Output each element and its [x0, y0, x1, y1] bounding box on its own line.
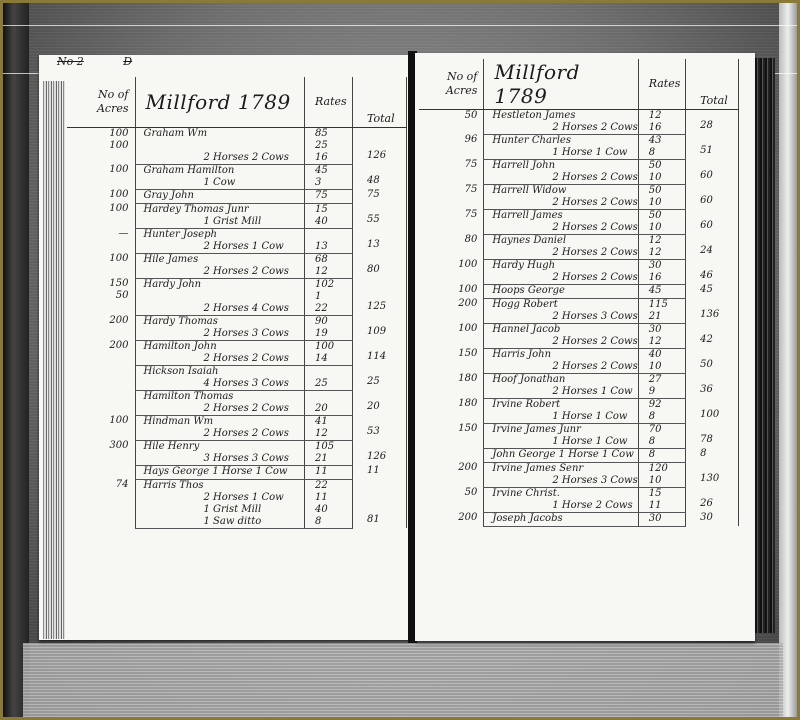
- cell-name: Harris John2 Horses 2 Cows: [484, 348, 638, 373]
- rate-value: 8: [649, 147, 685, 159]
- acres-value: [419, 196, 477, 208]
- cell-total: 80: [353, 253, 407, 278]
- cell-rates: 8: [638, 448, 685, 462]
- cell-rates: 11521: [638, 298, 685, 323]
- cell-name: Hile Henry3 Horses 3 Cows: [135, 440, 305, 465]
- cell-total: 126: [353, 440, 407, 465]
- rate-value: 12: [649, 247, 685, 259]
- taxpayer-name: Harrell John: [492, 160, 637, 172]
- acres-value: [67, 215, 129, 227]
- cell-total: 100: [686, 398, 739, 423]
- cell-total: 46: [686, 259, 739, 284]
- cell-total: 60: [686, 159, 739, 184]
- pre-header-mark: D: [123, 55, 132, 68]
- scan-edge-left: [3, 3, 29, 720]
- rate-value: 22: [315, 480, 352, 492]
- table-row: 150Irvine James Junr1 Horse 1 Cow70878: [419, 423, 739, 448]
- taxpayer-name: Harris Thos: [144, 480, 305, 492]
- table-row: 200Hamilton John2 Horses 2 Cows10014114: [67, 340, 407, 365]
- cell-total: 78: [686, 423, 739, 448]
- cell-rates: 9019: [305, 315, 353, 340]
- property-item: 2 Horses 3 Cows: [492, 475, 637, 487]
- total-value: 60: [700, 195, 713, 206]
- cell-name: Hardey Thomas Junr1 Grist Mill: [135, 203, 305, 228]
- acres-value: [419, 360, 477, 372]
- property-item: 2 Horses 2 Cows: [144, 428, 305, 440]
- cell-name: Gray John: [135, 189, 305, 203]
- property-item: 2 Horses 2 Cows: [492, 197, 637, 209]
- page-pre-header: No 2 D: [57, 55, 168, 68]
- total-value: 130: [700, 473, 719, 484]
- cell-acres: 75: [419, 209, 484, 234]
- acres-value: 100: [67, 415, 129, 427]
- rate-value: 45: [315, 165, 352, 177]
- table-row: 200Joseph Jacobs3030: [419, 512, 739, 526]
- taxpayer-name: Hardy John: [144, 279, 305, 291]
- acres-value: [419, 335, 477, 347]
- cell-acres: [67, 465, 135, 479]
- cell-total: 60: [686, 184, 739, 209]
- acres-value: [67, 377, 129, 389]
- total-value: 109: [367, 326, 386, 337]
- cell-name: Hunter Joseph2 Horses 1 Cow: [135, 228, 305, 253]
- rate-value: 9: [649, 386, 685, 398]
- table-row: 200Hogg Robert2 Horses 3 Cows11521136: [419, 298, 739, 323]
- cell-acres: 100: [67, 189, 135, 203]
- rate-value: 8: [649, 436, 685, 448]
- rate-value: 22: [315, 303, 352, 315]
- header-rates: Rates: [305, 77, 353, 127]
- acres-value: [67, 390, 129, 402]
- cell-rates: 3016: [638, 259, 685, 284]
- taxpayer-name: Hamilton John: [144, 341, 305, 353]
- rate-value: 14: [315, 353, 352, 365]
- table-row: 200Irvine James Senr2 Horses 3 Cows12010…: [419, 462, 739, 487]
- taxpayer-name: Graham Hamilton: [144, 165, 305, 177]
- rate-value: 27: [649, 374, 685, 386]
- page-stack-left: [43, 81, 65, 639]
- cell-acres: 100: [419, 259, 484, 284]
- property-item: 2 Horses 1 Cow: [492, 386, 637, 398]
- cell-total: 45: [686, 284, 739, 298]
- rate-value: 25: [315, 378, 352, 390]
- taxpayer-name: Irvine James Junr: [492, 424, 637, 436]
- tax-list-table-right: No of Acres Millford 1789 Rates Total 50…: [419, 59, 739, 527]
- taxpayer-name: Graham Wm: [144, 128, 305, 140]
- taxpayer-name: Hardy Thomas: [144, 316, 305, 328]
- header-acres: No of Acres: [67, 77, 135, 127]
- cell-name: Graham Wm2 Horses 2 Cows: [135, 127, 305, 164]
- cell-acres: 300: [67, 440, 135, 465]
- cell-rates: 4112: [305, 415, 353, 440]
- cell-acres: 96: [419, 134, 484, 159]
- cell-name: Hardy John2 Horses 4 Cows: [135, 278, 305, 315]
- total-value: 30: [700, 512, 713, 523]
- cell-total: 109: [353, 315, 407, 340]
- cell-name: Hestleton James2 Horses 2 Cows: [484, 109, 638, 134]
- acres-value: 96: [419, 134, 477, 146]
- acres-value: 75: [419, 184, 477, 196]
- acres-value: [419, 146, 477, 158]
- table-row: 50Irvine Christ.1 Horse 2 Cows151126: [419, 487, 739, 512]
- property-item: 2 Horses 2 Cows: [492, 172, 637, 184]
- acres-value: 180: [419, 373, 477, 385]
- rate-value: 10: [649, 361, 685, 373]
- rate-value: 92: [649, 399, 685, 411]
- cell-name: Irvine Christ.1 Horse 2 Cows: [484, 487, 638, 512]
- table-row: 100Hardy Hugh2 Horses 2 Cows301646: [419, 259, 739, 284]
- table-row: 75Harrell Widow2 Horses 2 Cows501060: [419, 184, 739, 209]
- acres-value: 80: [419, 234, 477, 246]
- property-item: 1 Grist Mill: [144, 504, 305, 516]
- cell-name: Hamilton Thomas2 Horses 2 Cows: [135, 390, 305, 415]
- taxpayer-name: Hays George 1 Horse 1 Cow: [144, 466, 305, 478]
- rate-value: 75: [315, 190, 352, 202]
- cell-name: Hannel Jacob2 Horses 2 Cows: [484, 323, 638, 348]
- ledger-page-left: No 2 D No of Acres Millford 1789 Rates T…: [39, 55, 413, 640]
- cell-acres: 100: [419, 323, 484, 348]
- acres-value: [67, 515, 129, 527]
- cell-rates: 6812: [305, 253, 353, 278]
- rate-value: 3: [315, 177, 352, 189]
- table-row: 100Gray John7575: [67, 189, 407, 203]
- total-value: 80: [367, 264, 380, 275]
- property-item: [144, 291, 305, 303]
- cell-rates: 45: [638, 284, 685, 298]
- cell-name: Hunter Charles1 Horse 1 Cow: [484, 134, 638, 159]
- rate-value: 12: [315, 428, 352, 440]
- cell-name: Joseph Jacobs: [484, 512, 638, 526]
- cell-total: 136: [686, 298, 739, 323]
- cell-rates: 5010: [638, 209, 685, 234]
- acres-value: 74: [67, 479, 129, 491]
- acres-value: [67, 152, 129, 164]
- acres-value: [67, 365, 129, 377]
- cell-acres: [67, 365, 135, 390]
- taxpayer-name: Hannel Jacob: [492, 324, 637, 336]
- pre-header-number: No 2: [57, 55, 84, 68]
- property-item: 1 Grist Mill: [144, 216, 305, 228]
- cell-total: 13: [353, 228, 407, 253]
- cell-total: 126: [353, 127, 407, 164]
- acres-value: [419, 474, 477, 486]
- rate-value: 15: [649, 488, 685, 500]
- acres-value: 100: [419, 259, 477, 271]
- total-value: 42: [700, 334, 713, 345]
- cell-rates: 102122: [305, 278, 353, 315]
- scanned-ledger-image: No 2 D No of Acres Millford 1789 Rates T…: [0, 0, 800, 720]
- property-item: 2 Horses 2 Cows: [492, 272, 637, 284]
- cell-total: 36: [686, 373, 739, 398]
- acres-value: [67, 176, 129, 188]
- acres-value: [67, 240, 129, 252]
- cell-rates: 453: [305, 164, 353, 189]
- table-row: John George 1 Horse 1 Cow88: [419, 448, 739, 462]
- acres-value: [67, 327, 129, 339]
- cell-name: Hile James2 Horses 2 Cows: [135, 253, 305, 278]
- acres-value: [419, 448, 477, 460]
- table-header-row: No of Acres Millford 1789 Rates Total: [419, 59, 739, 109]
- cell-name: Irvine Robert1 Horse 1 Cow: [484, 398, 638, 423]
- taxpayer-name: Hunter Charles: [492, 135, 637, 147]
- table-body-right: 50Hestleton James2 Horses 2 Cows12162896…: [419, 109, 739, 526]
- rate-value: [315, 366, 352, 378]
- total-value: 24: [700, 245, 713, 256]
- cell-total: 28: [686, 109, 739, 134]
- cell-name: Harrell Widow2 Horses 2 Cows: [484, 184, 638, 209]
- rate-value: 100: [315, 341, 352, 353]
- table-row: 180Hoof Jonathan2 Horses 1 Cow27936: [419, 373, 739, 398]
- header-acres: No of Acres: [419, 59, 484, 109]
- table-row: 100Hindman Wm2 Horses 2 Cows411253: [67, 415, 407, 440]
- tax-list-table-left: No of Acres Millford 1789 Rates Total 10…: [67, 77, 407, 529]
- rate-value: 8: [649, 411, 685, 423]
- table-row: —Hunter Joseph2 Horses 1 Cow1313: [67, 228, 407, 253]
- cell-acres: 50: [419, 109, 484, 134]
- total-value: 36: [700, 384, 713, 395]
- property-item: 2 Horses 2 Cows: [492, 122, 637, 134]
- rate-value: 16: [649, 122, 685, 134]
- property-item: [144, 140, 305, 152]
- cell-total: 26: [686, 487, 739, 512]
- cell-rates: 5010: [638, 159, 685, 184]
- cell-rates: 708: [638, 423, 685, 448]
- rate-value: 15: [315, 204, 352, 216]
- property-item: 2 Horses 2 Cows: [144, 152, 305, 164]
- taxpayer-name: John George 1 Horse 1 Cow: [492, 449, 637, 461]
- rate-value: 12: [649, 235, 685, 247]
- property-item: 2 Horses 2 Cows: [144, 353, 305, 365]
- acres-value: 200: [419, 462, 477, 474]
- taxpayer-name: Haynes Daniel: [492, 235, 637, 247]
- acres-value: 150: [419, 348, 477, 360]
- acres-value: [419, 171, 477, 183]
- table-row: 96Hunter Charles1 Horse 1 Cow43851: [419, 134, 739, 159]
- rate-value: 30: [649, 513, 685, 525]
- acres-value: [419, 385, 477, 397]
- rate-value: 43: [649, 135, 685, 147]
- rate-value: [315, 229, 352, 241]
- total-value: 26: [700, 498, 713, 509]
- cell-name: Harris Thos2 Horses 1 Cow1 Grist Mill1 S…: [135, 479, 305, 528]
- property-item: 4 Horses 3 Cows: [144, 378, 305, 390]
- property-item: 2 Horses 2 Cows: [492, 247, 637, 259]
- property-item: 2 Horses 2 Cows: [144, 266, 305, 278]
- scan-edge-right: [779, 3, 797, 720]
- acres-value: [419, 122, 477, 134]
- cell-acres: 80: [419, 234, 484, 259]
- property-item: 2 Horses 2 Cows: [492, 361, 637, 373]
- table-row: 100100Graham Wm2 Horses 2 Cows852516126: [67, 127, 407, 164]
- acres-value: 100: [67, 253, 129, 265]
- property-item: 1 Horse 1 Cow: [492, 147, 637, 159]
- cell-acres: 100: [67, 253, 135, 278]
- cell-acres: 150: [419, 348, 484, 373]
- total-value: 126: [367, 150, 386, 161]
- rate-value: 10: [649, 197, 685, 209]
- cell-rates: 1540: [305, 203, 353, 228]
- taxpayer-name: Hoops George: [492, 285, 637, 297]
- rate-value: 40: [315, 504, 352, 516]
- total-value: 125: [367, 301, 386, 312]
- rate-value: 50: [649, 185, 685, 197]
- cell-name: Harrell James2 Horses 2 Cows: [484, 209, 638, 234]
- rate-value: 50: [649, 160, 685, 172]
- total-value: 48: [367, 175, 380, 186]
- rate-value: 16: [315, 152, 352, 164]
- cell-total: 50: [686, 348, 739, 373]
- table-row: 150Harris John2 Horses 2 Cows401050: [419, 348, 739, 373]
- table-row: Hickson Isaiah4 Horses 3 Cows2525: [67, 365, 407, 390]
- header-total: Total: [353, 77, 407, 127]
- cell-total: 125: [353, 278, 407, 315]
- acres-value: 100: [67, 164, 129, 176]
- rate-value: 90: [315, 316, 352, 328]
- acres-value: 150: [419, 423, 477, 435]
- acres-value: 100: [67, 140, 129, 152]
- cell-total: 114: [353, 340, 407, 365]
- acres-value: [67, 402, 129, 414]
- total-value: 8: [700, 448, 706, 459]
- cell-rates: 438: [638, 134, 685, 159]
- cell-total: 60: [686, 209, 739, 234]
- rate-value: 68: [315, 254, 352, 266]
- acres-value: 50: [419, 110, 477, 122]
- total-value: 45: [700, 284, 713, 295]
- cell-acres: 74: [67, 479, 135, 528]
- property-item: 2 Horses 2 Cows: [144, 403, 305, 415]
- rate-value: 102: [315, 279, 352, 291]
- cell-rates: 852516: [305, 127, 353, 164]
- cell-rates: 1212: [638, 234, 685, 259]
- property-item: 2 Horses 3 Cows: [492, 311, 637, 323]
- table-row: 100Hannel Jacob2 Horses 2 Cows301242: [419, 323, 739, 348]
- total-value: 28: [700, 120, 713, 131]
- header-total: Total: [686, 59, 739, 109]
- cell-rates: 13: [305, 228, 353, 253]
- acres-value: 180: [419, 398, 477, 410]
- rate-value: 11: [315, 492, 352, 504]
- ledger-page-right: No of Acres Millford 1789 Rates Total 50…: [415, 53, 755, 641]
- taxpayer-name: Irvine Robert: [492, 399, 637, 411]
- total-value: 60: [700, 170, 713, 181]
- total-value: 25: [367, 376, 380, 387]
- acres-value: 200: [419, 512, 477, 524]
- cell-rates: 11: [305, 465, 353, 479]
- cell-acres: 200: [419, 462, 484, 487]
- total-value: 55: [367, 214, 380, 225]
- cell-total: 48: [353, 164, 407, 189]
- acres-value: [67, 452, 129, 464]
- table-row: 100Hoops George4545: [419, 284, 739, 298]
- rate-value: 10: [649, 475, 685, 487]
- acres-value: 100: [67, 203, 129, 215]
- cell-rates: 3012: [638, 323, 685, 348]
- taxpayer-name: Hardy Hugh: [492, 260, 637, 272]
- acres-value: 50: [67, 290, 129, 302]
- cell-acres: —: [67, 228, 135, 253]
- acres-value: —: [67, 228, 129, 240]
- header-title: Millford 1789: [484, 59, 638, 109]
- total-value: 60: [700, 220, 713, 231]
- cell-rates: 928: [638, 398, 685, 423]
- rate-value: 10: [649, 172, 685, 184]
- property-item: 2 Horses 4 Cows: [144, 303, 305, 315]
- total-value: 51: [700, 145, 713, 156]
- cell-acres: 150: [419, 423, 484, 448]
- cell-name: Irvine James Senr2 Horses 3 Cows: [484, 462, 638, 487]
- cell-total: 51: [686, 134, 739, 159]
- cell-name: Hamilton John2 Horses 2 Cows: [135, 340, 305, 365]
- rate-value: 45: [649, 285, 685, 297]
- cell-rates: 20: [305, 390, 353, 415]
- cell-name: Hoops George: [484, 284, 638, 298]
- total-value: 13: [367, 239, 380, 250]
- acres-value: 100: [419, 323, 477, 335]
- rate-value: 16: [649, 272, 685, 284]
- acres-value: [67, 427, 129, 439]
- property-item: 1 Horse 1 Cow: [492, 411, 637, 423]
- acres-value: 200: [67, 340, 129, 352]
- rate-value: 30: [649, 324, 685, 336]
- taxpayer-name: Hestleton James: [492, 110, 637, 122]
- rate-value: 21: [649, 311, 685, 323]
- cell-acres: 100: [67, 203, 135, 228]
- acres-value: 75: [419, 159, 477, 171]
- taxpayer-name: Hardey Thomas Junr: [144, 204, 305, 216]
- scan-artifact-line: [3, 25, 800, 26]
- total-value: 100: [700, 409, 719, 420]
- table-row: 100Graham Hamilton1 Cow45348: [67, 164, 407, 189]
- rate-value: 11: [315, 466, 352, 478]
- acres-value: 100: [67, 128, 129, 140]
- cell-name: Harrell John2 Horses 2 Cows: [484, 159, 638, 184]
- taxpayer-name: Hunter Joseph: [144, 229, 305, 241]
- taxpayer-name: Harrell James: [492, 210, 637, 222]
- cell-total: 55: [353, 203, 407, 228]
- cell-rates: 4010: [638, 348, 685, 373]
- cell-acres: [419, 448, 484, 462]
- acres-value: 100: [419, 284, 477, 296]
- acres-value: [419, 271, 477, 283]
- total-value: 20: [367, 401, 380, 412]
- rate-value: 115: [649, 299, 685, 311]
- rate-value: 19: [315, 328, 352, 340]
- cell-rates: 10014: [305, 340, 353, 365]
- property-item: 1 Horse 2 Cows: [492, 500, 637, 512]
- total-value: 11: [367, 465, 380, 476]
- cell-name: Hardy Hugh2 Horses 2 Cows: [484, 259, 638, 284]
- table-row: 15050Hardy John2 Horses 4 Cows102122125: [67, 278, 407, 315]
- table-row: 300Hile Henry3 Horses 3 Cows10521126: [67, 440, 407, 465]
- rate-value: 10: [649, 222, 685, 234]
- cell-total: 75: [353, 189, 407, 203]
- cell-rates: 25: [305, 365, 353, 390]
- taxpayer-name: Hoof Jonathan: [492, 374, 637, 386]
- cell-acres: 200: [67, 315, 135, 340]
- table-row: Hamilton Thomas2 Horses 2 Cows2020: [67, 390, 407, 415]
- cell-total: 8: [686, 448, 739, 462]
- table-row: 75Harrell John2 Horses 2 Cows501060: [419, 159, 739, 184]
- cell-acres: 200: [419, 512, 484, 526]
- property-item: 1 Cow: [144, 177, 305, 189]
- cell-name: Hays George 1 Horse 1 Cow: [135, 465, 305, 479]
- cell-rates: 279: [638, 373, 685, 398]
- rate-value: 12: [649, 110, 685, 122]
- rate-value: 40: [649, 349, 685, 361]
- rate-value: 20: [315, 403, 352, 415]
- rate-value: 21: [315, 453, 352, 465]
